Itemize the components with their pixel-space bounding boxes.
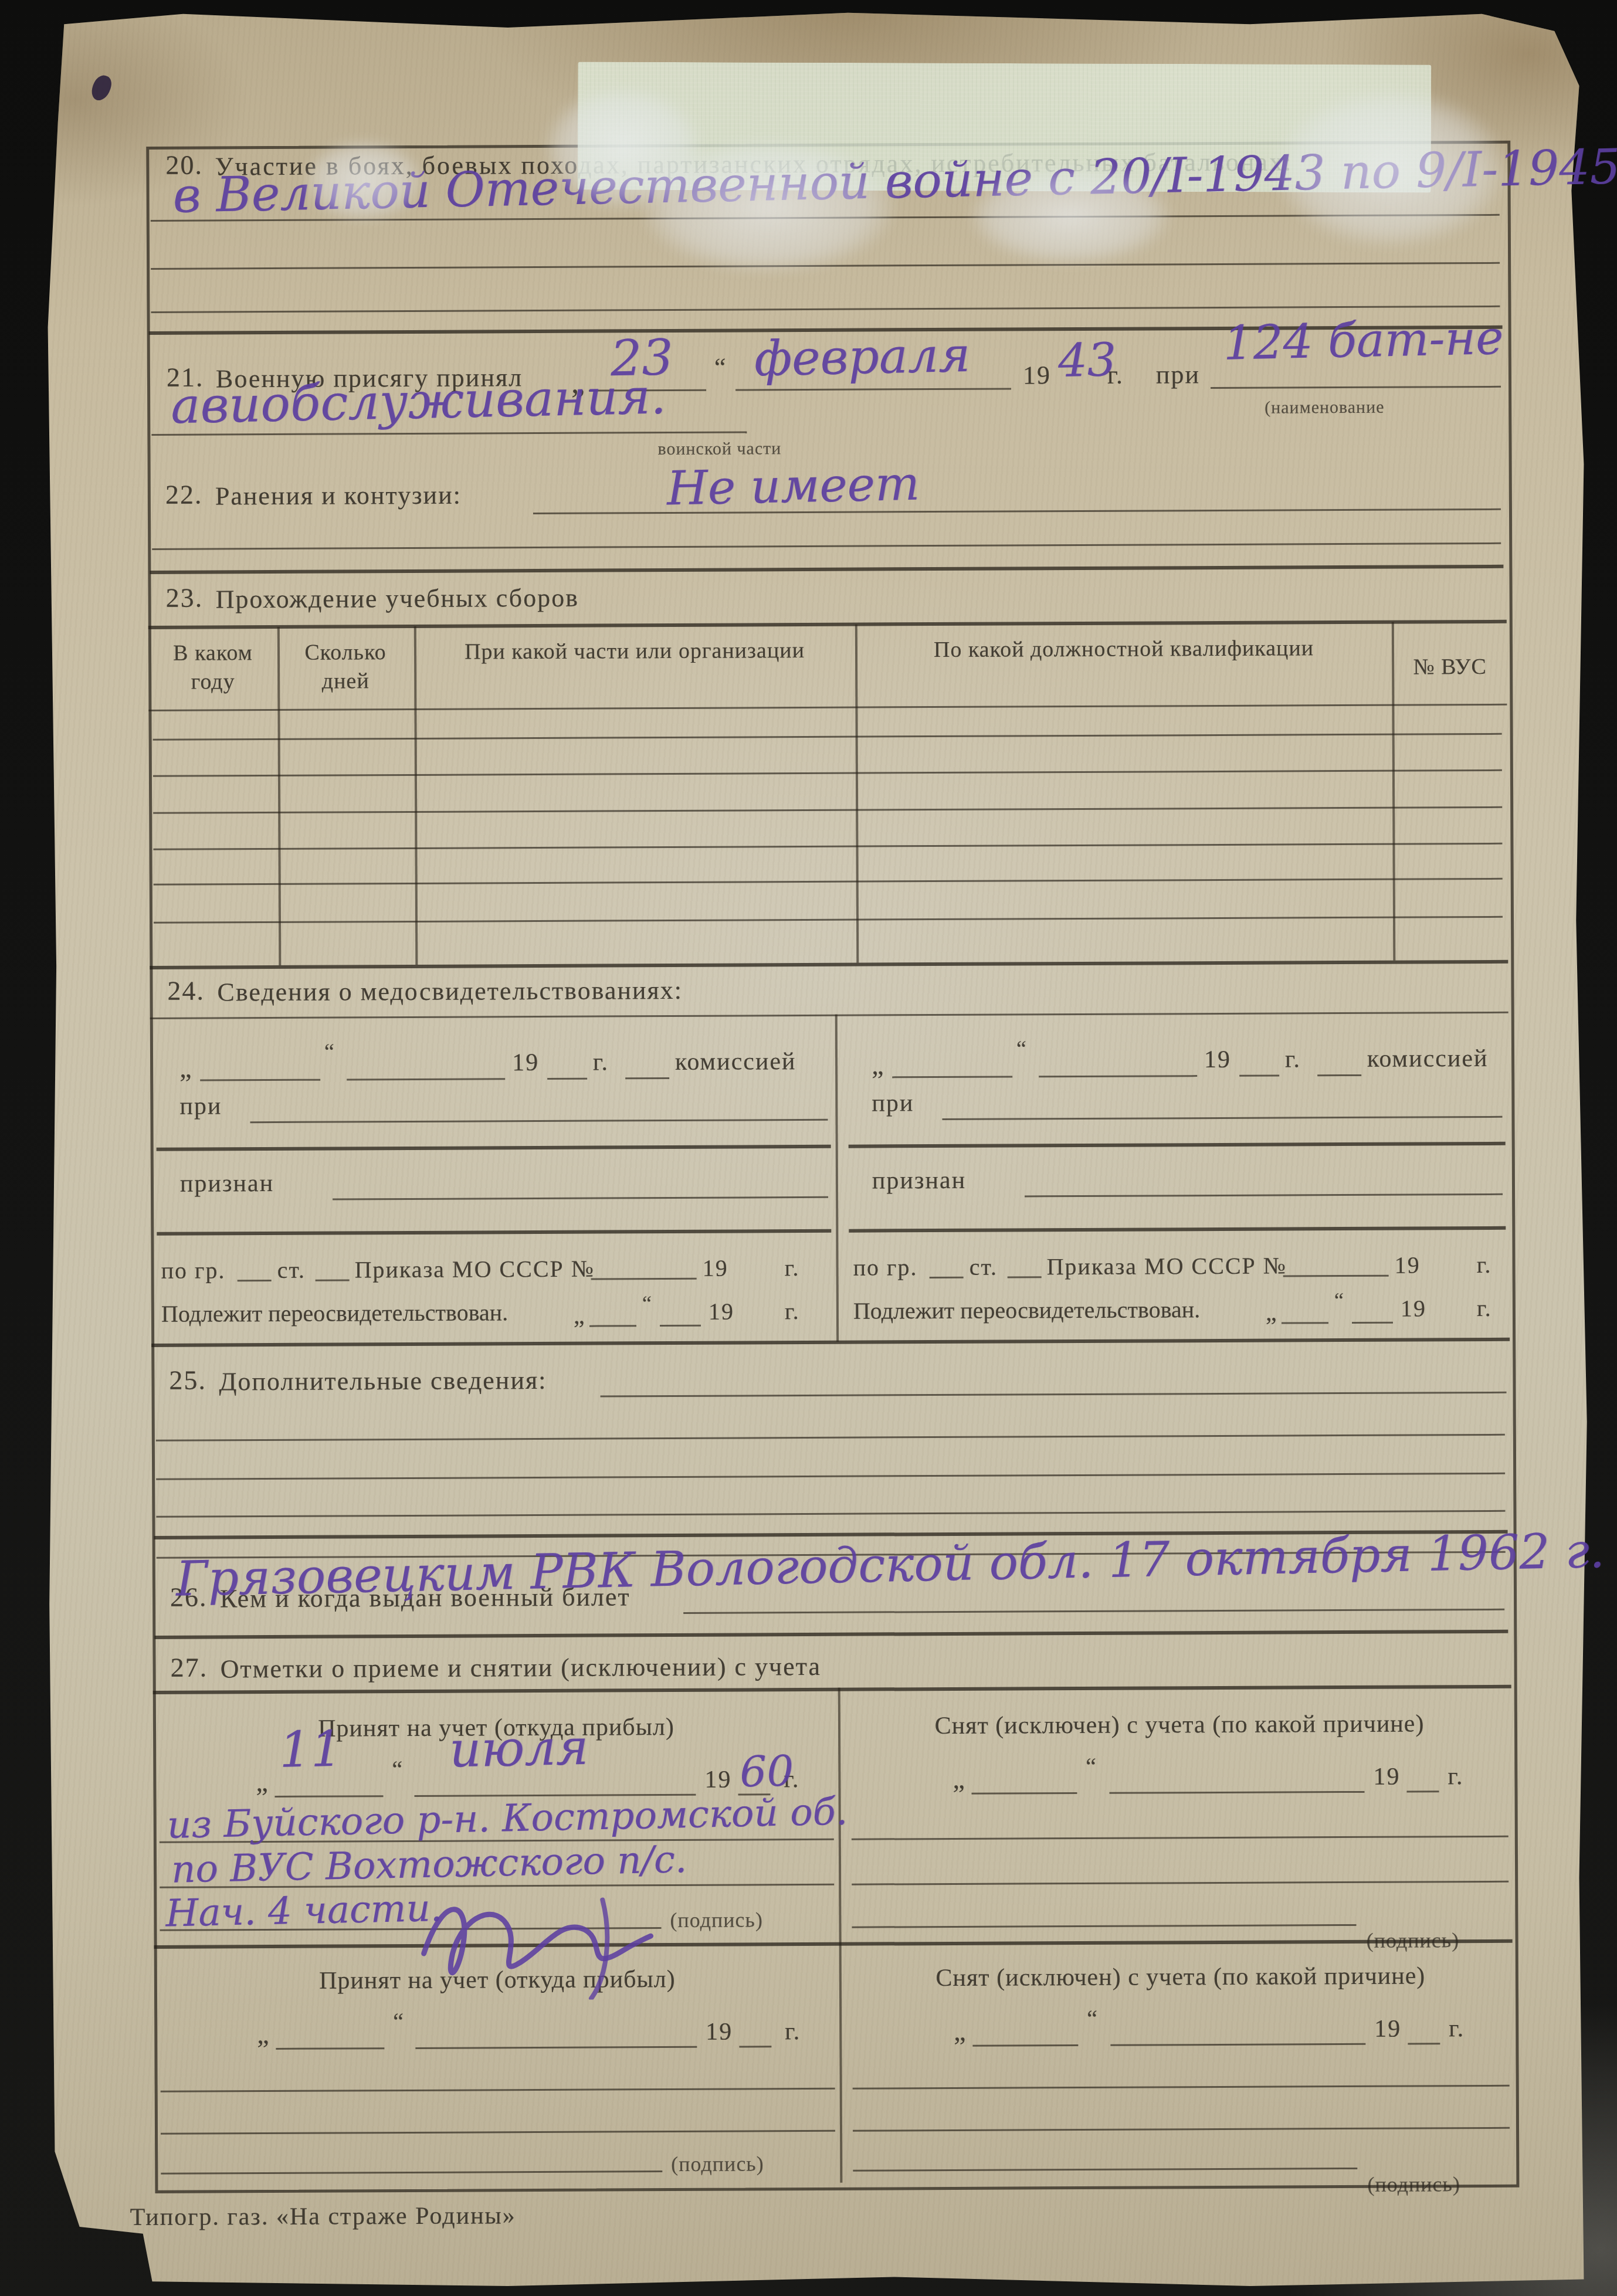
white-smudge [971,167,1170,264]
scanned-document: 20. Участие в боях, боевых походах, парт… [0,0,1617,2296]
handwritten-from3-s27: Нач. 4 части. [165,1887,443,1935]
handwritten-unit2-s21: авиобслуживания. [170,367,666,435]
handwritten-entry-s26: Грязовецким РВК Вологодской обл. 17 октя… [175,1523,1605,1607]
handwritten-unit-s21: 124 бат-не [1223,310,1504,371]
handwritten-year-s27: 60 [740,1746,794,1796]
handwritten-month-s21: февраля [754,327,971,387]
handwriting-layer: в Великой Отечественной войне с 20/I-194… [0,0,1617,2296]
signature-scribble [409,1864,662,2000]
handwritten-from1-s27: из Буйского р-н. Костромской об. [167,1790,848,1847]
handwritten-month-s27: июля [449,1718,589,1779]
white-smudge [545,88,701,208]
handwritten-day-s27: 11 [279,1720,343,1779]
handwritten-entry-s22: Не имеет [666,456,920,516]
white-smudge [1276,91,1504,246]
handwritten-year-s21: 43 [1057,334,1117,388]
white-smudge [305,141,422,220]
